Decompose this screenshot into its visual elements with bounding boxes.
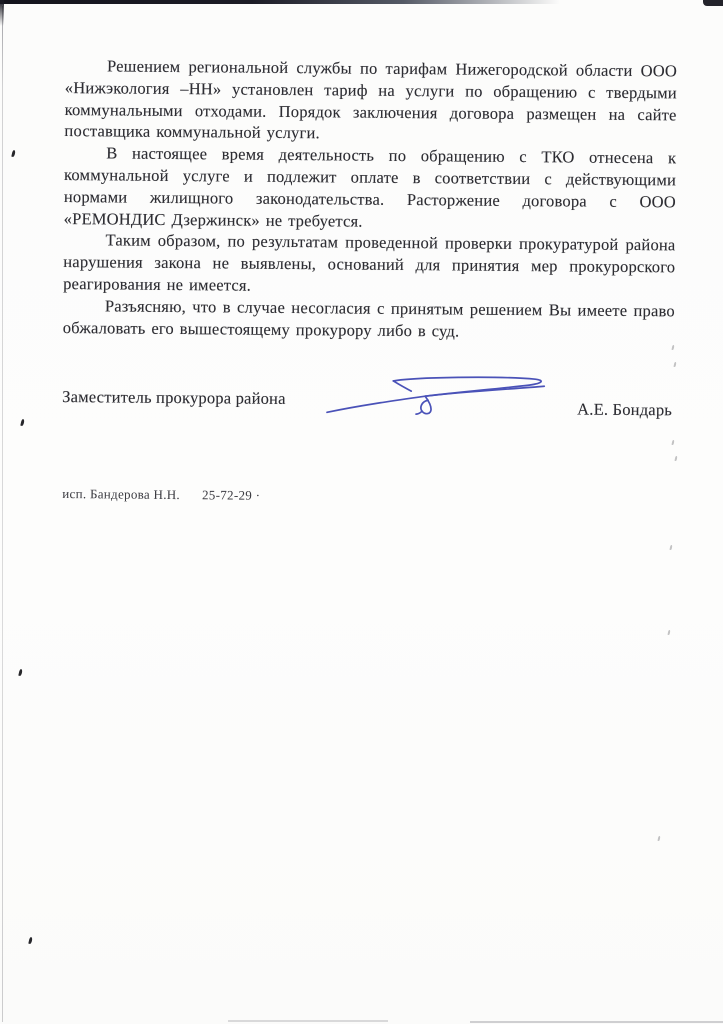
paragraph-tko-service: В настоящее время деятельность по обраще… [64,142,677,235]
letter-content: Решением региональной службы по тарифам … [0,0,723,1024]
signer-name: А.Е. Бондарь [577,400,672,421]
paragraph-tariff: Решением региональной службы по тарифам … [64,55,677,148]
scanned-page: Решением региональной службы по тарифам … [0,0,723,1024]
paragraph-check-result: Таким образом, по результатам проведенно… [63,229,676,300]
executor-name: исп. Бандерова Н.Н. [62,486,180,502]
paragraph-appeal-right: Разъясняю, что в случае несогласия с при… [63,295,675,344]
signature-block: Заместитель прокурора района А.Е. Бондар… [62,383,675,448]
handwritten-signature-icon [297,363,548,435]
executor-line: исп. Бандерова Н.Н.25-72-29 · [62,486,260,504]
letter-body: Решением региональной службы по тарифам … [63,55,677,344]
executor-phone: 25-72-29 · [202,487,260,503]
signer-position: Заместитель прокурора района [62,387,286,409]
